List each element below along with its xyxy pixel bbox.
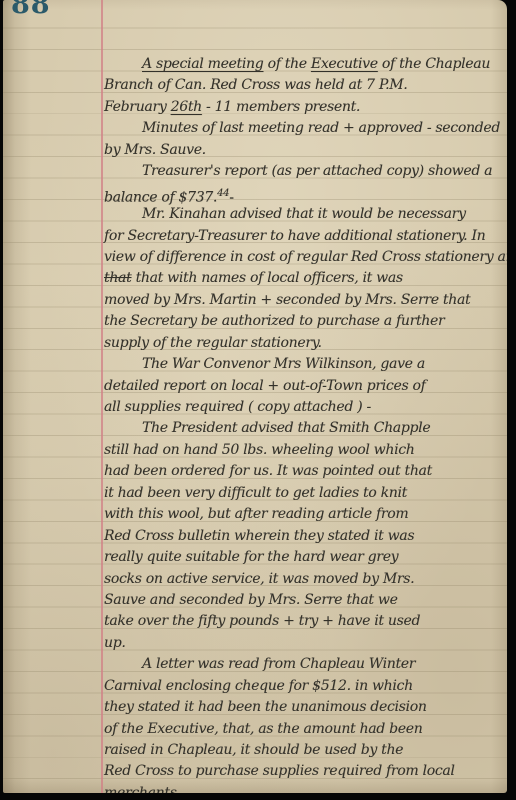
manuscript-line: supply of the regular stationery. [104,333,507,354]
manuscript-line: of the Executive, that, as the amount ha… [104,719,507,740]
manuscript-text: up. [104,635,126,651]
manuscript-text: Treasurer's report (as per attached copy… [142,163,492,179]
manuscript-text: socks on active service, it was moved by… [104,571,414,587]
manuscript-line: Red Cross to purchase supplies required … [104,761,507,782]
manuscript-line: up. [104,633,507,654]
manuscript-text: A [142,56,156,72]
manuscript-text: still had on hand 50 lbs. wheeling wool … [104,442,415,458]
manuscript-line: Red Cross bulletin wherein they stated i… [104,526,507,547]
photo-backdrop: 88 A special meeting of the Executive of… [0,0,516,800]
manuscript-text: Red Cross bulletin wherein they stated i… [104,528,414,544]
manuscript-text: that with names of local officers, it wa… [131,270,402,286]
manuscript-line: the Secretary be authorized to purchase … [104,311,507,332]
manuscript-line: it had been very difficult to get ladies… [104,483,507,504]
manuscript-text: 44 [217,188,229,199]
manuscript-text: had been ordered for us. It was pointed … [104,463,432,479]
manuscript-line: Minutes of last meeting read + approved … [104,118,507,139]
manuscript-line: A special meeting of the Executive of th… [104,54,507,75]
manuscript-line: socks on active service, it was moved by… [104,569,507,590]
manuscript-text: 26th [171,99,202,115]
manuscript-text: Sauve and seconded by Mrs. Serre that we [104,592,398,608]
manuscript-line: A letter was read from Chapleau Winter [104,654,507,675]
manuscript-line: with this wool, but after reading articl… [104,504,507,525]
manuscript-line: view of difference in cost of regular Re… [104,247,507,268]
manuscript-text: for Secretary-Treasurer to have addition… [104,228,485,244]
manuscript-line: merchants. [104,783,507,793]
manuscript-line: February 26th - 11 members present. [104,97,507,118]
manuscript: A special meeting of the Executive of th… [104,54,507,793]
manuscript-line: Branch of Can. Red Cross was held at 7 P… [104,75,507,96]
manuscript-line: balance of $737.44- [104,183,507,204]
manuscript-text: supply of the regular stationery. [104,335,322,351]
manuscript-line: still had on hand 50 lbs. wheeling wool … [104,440,507,461]
manuscript-text: all supplies required ( copy attached ) … [104,399,371,415]
manuscript-text: of the Executive, that, as the amount ha… [104,721,422,737]
manuscript-text: with this wool, but after reading articl… [104,506,408,522]
manuscript-line: they stated it had been the unanimous de… [104,697,507,718]
manuscript-line: all supplies required ( copy attached ) … [104,397,507,418]
manuscript-text: The War Convenor Mrs Wilkinson, gave a [142,356,425,372]
manuscript-text: Branch of Can. Red Cross was held at 7 P… [104,77,407,93]
manuscript-text: The President advised that Smith Chapple [142,420,430,436]
manuscript-text: view of difference in cost of regular Re… [104,249,507,265]
manuscript-line: take over the fifty pounds + try + have … [104,611,507,632]
manuscript-text: - 11 members present. [202,99,360,115]
manuscript-text: Executive [311,56,378,72]
margin-line [101,0,103,793]
manuscript-text: take over the fifty pounds + try + have … [104,613,420,629]
manuscript-text: moved by Mrs. Martin + seconded by Mrs. … [104,292,470,308]
manuscript-text: by Mrs. Sauve. [104,142,206,158]
manuscript-text: February [104,99,171,115]
page-number: 88 [11,0,51,20]
manuscript-line: really quite suitable for the hard wear … [104,547,507,568]
manuscript-line: that that with names of local officers, … [104,268,507,289]
manuscript-text: that [104,270,131,286]
manuscript-line: Sauve and seconded by Mrs. Serre that we [104,590,507,611]
manuscript-line: Mr. Kinahan advised that it would be nec… [104,204,507,225]
manuscript-line: raised in Chapleau, it should be used by… [104,740,507,761]
manuscript-text: Minutes of last meeting read + approved … [142,120,500,136]
manuscript-text: they stated it had been the unanimous de… [104,699,427,715]
manuscript-text: Carnival enclosing cheque for $512. in w… [104,678,413,694]
manuscript-text: really quite suitable for the hard wear … [104,549,398,565]
manuscript-text: A letter was read from Chapleau Winter [142,656,415,672]
manuscript-line: The President advised that Smith Chapple [104,418,507,439]
manuscript-line: by Mrs. Sauve. [104,140,507,161]
manuscript-text: - [229,189,233,205]
manuscript-text: it had been very difficult to get ladies… [104,485,407,501]
manuscript-text: of the Chapleau [378,56,490,72]
manuscript-text: the Secretary be authorized to purchase … [104,313,444,329]
manuscript-text: merchants. [104,785,181,793]
ledger-page: 88 A special meeting of the Executive of… [3,0,507,793]
manuscript-line: Carnival enclosing cheque for $512. in w… [104,676,507,697]
manuscript-text: Red Cross to purchase supplies required … [104,763,455,779]
manuscript-line: had been ordered for us. It was pointed … [104,461,507,482]
manuscript-line: moved by Mrs. Martin + seconded by Mrs. … [104,290,507,311]
manuscript-text: detailed report on local + out-of-Town p… [104,378,425,394]
manuscript-text: balance of $737. [104,189,217,205]
manuscript-line: for Secretary-Treasurer to have addition… [104,226,507,247]
manuscript-text: special meeting [156,56,263,72]
manuscript-line: The War Convenor Mrs Wilkinson, gave a [104,354,507,375]
manuscript-text: Mr. Kinahan advised that it would be nec… [142,206,466,222]
manuscript-text: raised in Chapleau, it should be used by… [104,742,403,758]
manuscript-line: Treasurer's report (as per attached copy… [104,161,507,182]
manuscript-text: of the [263,56,311,72]
manuscript-line: detailed report on local + out-of-Town p… [104,376,507,397]
